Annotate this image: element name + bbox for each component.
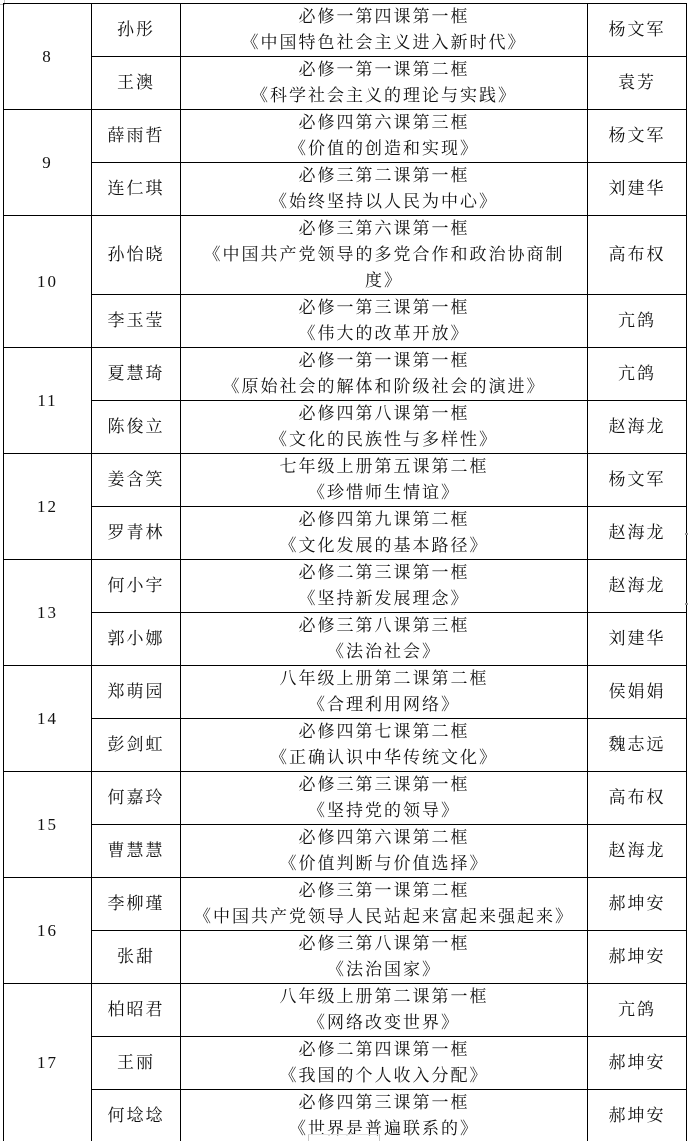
lesson-title: 《中国共产党领导人民站起来富起来强起来》 — [185, 904, 583, 930]
lesson-title: 《始终坚持以人民为中心》 — [185, 189, 583, 215]
table-row: 10 孙怡晓 必修三第六课第一框 《中国共产党领导的多党合作和政治协商制 度》 … — [4, 216, 687, 295]
student-name: 夏慧琦 — [92, 348, 181, 401]
lesson-cell: 必修一第一课第二框 《科学社会主义的理论与实践》 — [181, 57, 588, 110]
lesson-cell: 必修三第六课第一框 《中国共产党领导的多党合作和政治协商制 度》 — [181, 216, 588, 295]
student-name: 连仁琪 — [92, 163, 181, 216]
lesson-cell: 必修三第二课第一框 《始终坚持以人民为中心》 — [181, 163, 588, 216]
lesson-unit: 必修三第六课第一框 — [185, 216, 583, 242]
teacher-name: 刘建华 — [588, 613, 687, 666]
teacher-name: 杨文军 — [588, 4, 687, 57]
lesson-title: 《原始社会的解体和阶级社会的演进》 — [185, 374, 583, 400]
student-name: 孙彤 — [92, 4, 181, 57]
lesson-unit: 必修一第一课第二框 — [185, 57, 583, 83]
lesson-unit: 必修四第六课第二框 — [185, 825, 583, 851]
lesson-title: 《法治社会》 — [185, 639, 583, 665]
lesson-cell: 必修四第九课第二框 《文化发展的基本路径》 — [181, 507, 588, 560]
table-row: 17 柏昭君 八年级上册第二课第一框 《网络改变世界》 亢鸽 — [4, 984, 687, 1037]
lesson-title: 《坚持新发展理念》 — [185, 586, 583, 612]
table-row: 8 孙彤 必修一第四课第一框 《中国特色社会主义进入新时代》 杨文军 — [4, 4, 687, 57]
student-name: 李玉莹 — [92, 295, 181, 348]
teacher-name: 侯娟娟 — [588, 666, 687, 719]
teacher-name: 袁芳 — [588, 57, 687, 110]
lesson-unit: 八年级上册第二课第一框 — [185, 984, 583, 1010]
lesson-cell: 必修三第一课第二框 《中国共产党领导人民站起来富起来强起来》 — [181, 878, 588, 931]
lesson-title: 《网络改变世界》 — [185, 1010, 583, 1036]
group-number: 9 — [4, 110, 92, 216]
student-name: 王丽 — [92, 1037, 181, 1090]
lesson-title: 《中国特色社会主义进入新时代》 — [185, 30, 583, 56]
teacher-name: 亢鸽 — [588, 295, 687, 348]
lesson-cell: 必修四第六课第三框 《价值的创造和实现》 — [181, 110, 588, 163]
table-row: 陈俊立 必修四第八课第一框 《文化的民族性与多样性》 赵海龙 — [4, 401, 687, 454]
lesson-schedule-table: 8 孙彤 必修一第四课第一框 《中国特色社会主义进入新时代》 杨文军 王澳 必修… — [3, 3, 687, 1141]
group-number: 10 — [4, 216, 92, 348]
table-row: 郭小娜 必修三第八课第三框 《法治社会》 刘建华 — [4, 613, 687, 666]
teacher-name: 高布权 — [588, 772, 687, 825]
student-name: 罗青林 — [92, 507, 181, 560]
lesson-unit: 必修三第三课第一框 — [185, 772, 583, 798]
student-name: 孙怡晓 — [92, 216, 181, 295]
student-name: 曹慧慧 — [92, 825, 181, 878]
table-row: 11 夏慧琦 必修一第一课第一框 《原始社会的解体和阶级社会的演进》 亢鸽 — [4, 348, 687, 401]
lesson-title: 《合理利用网络》 — [185, 692, 583, 718]
lesson-title: 《法治国家》 — [185, 957, 583, 983]
student-name: 柏昭君 — [92, 984, 181, 1037]
table-row: 曹慧慧 必修四第六课第二框 《价值判断与价值选择》 赵海龙 — [4, 825, 687, 878]
table-row: 连仁琪 必修三第二课第一框 《始终坚持以人民为中心》 刘建华 — [4, 163, 687, 216]
lesson-title: 《科学社会主义的理论与实践》 — [185, 83, 583, 109]
lesson-unit: 必修二第四课第一框 — [185, 1037, 583, 1063]
table-row: 罗青林 必修四第九课第二框 《文化发展的基本路径》 赵海龙 — [4, 507, 687, 560]
lesson-unit: 必修一第一课第一框 — [185, 348, 583, 374]
teacher-name: 亢鸽 — [588, 348, 687, 401]
table-row: 16 李柳瑾 必修三第一课第二框 《中国共产党领导人民站起来富起来强起来》 郝坤… — [4, 878, 687, 931]
lesson-title: 《我国的个人收入分配》 — [185, 1063, 583, 1089]
lesson-title: 《正确认识中华传统文化》 — [185, 745, 583, 771]
table-row: 王丽 必修二第四课第一框 《我国的个人收入分配》 郝坤安 — [4, 1037, 687, 1090]
lesson-cell: 八年级上册第二课第一框 《网络改变世界》 — [181, 984, 588, 1037]
teacher-name: 赵海龙 — [588, 825, 687, 878]
student-name: 薛雨哲 — [92, 110, 181, 163]
group-number: 14 — [4, 666, 92, 772]
student-name: 彭剑虹 — [92, 719, 181, 772]
lesson-unit: 必修四第六课第三框 — [185, 110, 583, 136]
lesson-unit: 必修四第三课第一框 — [185, 1090, 583, 1116]
lesson-unit: 必修一第三课第一框 — [185, 295, 583, 321]
lesson-cell: 必修四第七课第二框 《正确认识中华传统文化》 — [181, 719, 588, 772]
lesson-title: 《文化发展的基本路径》 — [185, 533, 583, 559]
lesson-title-continued: 度》 — [185, 268, 583, 294]
teacher-name: 郝坤安 — [588, 878, 687, 931]
page-footer-tab — [308, 1134, 380, 1141]
teacher-name: 赵海龙 — [588, 507, 687, 560]
lesson-cell: 必修一第三课第一框 《伟大的改革开放》 — [181, 295, 588, 348]
lesson-title: 《中国共产党领导的多党合作和政治协商制 — [185, 242, 583, 268]
lesson-unit: 七年级上册第五课第二框 — [185, 454, 583, 480]
lesson-title: 《世界是普遍联系的》 — [185, 1116, 583, 1141]
teacher-name: 刘建华 — [588, 163, 687, 216]
lesson-cell: 必修一第一课第一框 《原始社会的解体和阶级社会的演进》 — [181, 348, 588, 401]
group-number: 13 — [4, 560, 92, 666]
student-name: 姜含笑 — [92, 454, 181, 507]
table-row: 14 郑萌园 八年级上册第二课第二框 《合理利用网络》 侯娟娟 — [4, 666, 687, 719]
student-name: 郑萌园 — [92, 666, 181, 719]
lesson-cell: 八年级上册第二课第二框 《合理利用网络》 — [181, 666, 588, 719]
table-row: 15 何嘉玲 必修三第三课第一框 《坚持党的领导》 高布权 — [4, 772, 687, 825]
table-row: 李玉莹 必修一第三课第一框 《伟大的改革开放》 亢鸽 — [4, 295, 687, 348]
group-number: 12 — [4, 454, 92, 560]
student-name: 何小宇 — [92, 560, 181, 613]
student-name: 何埝埝 — [92, 1090, 181, 1141]
lesson-cell: 必修二第四课第一框 《我国的个人收入分配》 — [181, 1037, 588, 1090]
student-name: 何嘉玲 — [92, 772, 181, 825]
table-row: 12 姜含笑 七年级上册第五课第二框 《珍惜师生情谊》 杨文军 — [4, 454, 687, 507]
lesson-cell: 必修四第三课第一框 《世界是普遍联系的》 — [181, 1090, 588, 1141]
lesson-unit: 必修三第一课第二框 — [185, 878, 583, 904]
lesson-title: 《珍惜师生情谊》 — [185, 480, 583, 506]
lesson-title: 《价值的创造和实现》 — [185, 136, 583, 162]
lesson-unit: 必修一第四课第一框 — [185, 4, 583, 30]
group-number: 8 — [4, 4, 92, 110]
table-row: 张甜 必修三第八课第一框 《法治国家》 郝坤安 — [4, 931, 687, 984]
teacher-name: 赵海龙 — [588, 560, 687, 613]
lesson-cell: 必修四第八课第一框 《文化的民族性与多样性》 — [181, 401, 588, 454]
group-number: 17 — [4, 984, 92, 1141]
group-number: 16 — [4, 878, 92, 984]
lesson-unit: 必修三第八课第一框 — [185, 931, 583, 957]
table-row: 彭剑虹 必修四第七课第二框 《正确认识中华传统文化》 魏志远 — [4, 719, 687, 772]
student-name: 张甜 — [92, 931, 181, 984]
lesson-unit: 必修四第七课第二框 — [185, 719, 583, 745]
teacher-name: 亢鸽 — [588, 984, 687, 1037]
table-row: 王澳 必修一第一课第二框 《科学社会主义的理论与实践》 袁芳 — [4, 57, 687, 110]
student-name: 李柳瑾 — [92, 878, 181, 931]
teacher-name: 杨文军 — [588, 454, 687, 507]
lesson-title: 《伟大的改革开放》 — [185, 321, 583, 347]
lesson-cell: 必修二第三课第一框 《坚持新发展理念》 — [181, 560, 588, 613]
lesson-unit: 必修三第八课第三框 — [185, 613, 583, 639]
teacher-name: 郝坤安 — [588, 1090, 687, 1141]
student-name: 王澳 — [92, 57, 181, 110]
lesson-title: 《坚持党的领导》 — [185, 798, 583, 824]
lesson-cell: 必修一第四课第一框 《中国特色社会主义进入新时代》 — [181, 4, 588, 57]
lesson-cell: 七年级上册第五课第二框 《珍惜师生情谊》 — [181, 454, 588, 507]
student-name: 郭小娜 — [92, 613, 181, 666]
teacher-name: 高布权 — [588, 216, 687, 295]
group-number: 15 — [4, 772, 92, 878]
lesson-cell: 必修三第八课第一框 《法治国家》 — [181, 931, 588, 984]
lesson-unit: 必修四第九课第二框 — [185, 507, 583, 533]
teacher-name: 郝坤安 — [588, 1037, 687, 1090]
teacher-name: 魏志远 — [588, 719, 687, 772]
table-row: 9 薛雨哲 必修四第六课第三框 《价值的创造和实现》 杨文军 — [4, 110, 687, 163]
lesson-unit: 八年级上册第二课第二框 — [185, 666, 583, 692]
lesson-unit: 必修二第三课第一框 — [185, 560, 583, 586]
student-name: 陈俊立 — [92, 401, 181, 454]
lesson-cell: 必修三第八课第三框 《法治社会》 — [181, 613, 588, 666]
lesson-unit: 必修四第八课第一框 — [185, 401, 583, 427]
table-row: 13 何小宇 必修二第三课第一框 《坚持新发展理念》 赵海龙 — [4, 560, 687, 613]
group-number: 11 — [4, 348, 92, 454]
teacher-name: 郝坤安 — [588, 931, 687, 984]
lesson-cell: 必修三第三课第一框 《坚持党的领导》 — [181, 772, 588, 825]
teacher-name: 赵海龙 — [588, 401, 687, 454]
lesson-cell: 必修四第六课第二框 《价值判断与价值选择》 — [181, 825, 588, 878]
lesson-title: 《文化的民族性与多样性》 — [185, 427, 583, 453]
lesson-title: 《价值判断与价值选择》 — [185, 851, 583, 877]
lesson-unit: 必修三第二课第一框 — [185, 163, 583, 189]
teacher-name: 杨文军 — [588, 110, 687, 163]
